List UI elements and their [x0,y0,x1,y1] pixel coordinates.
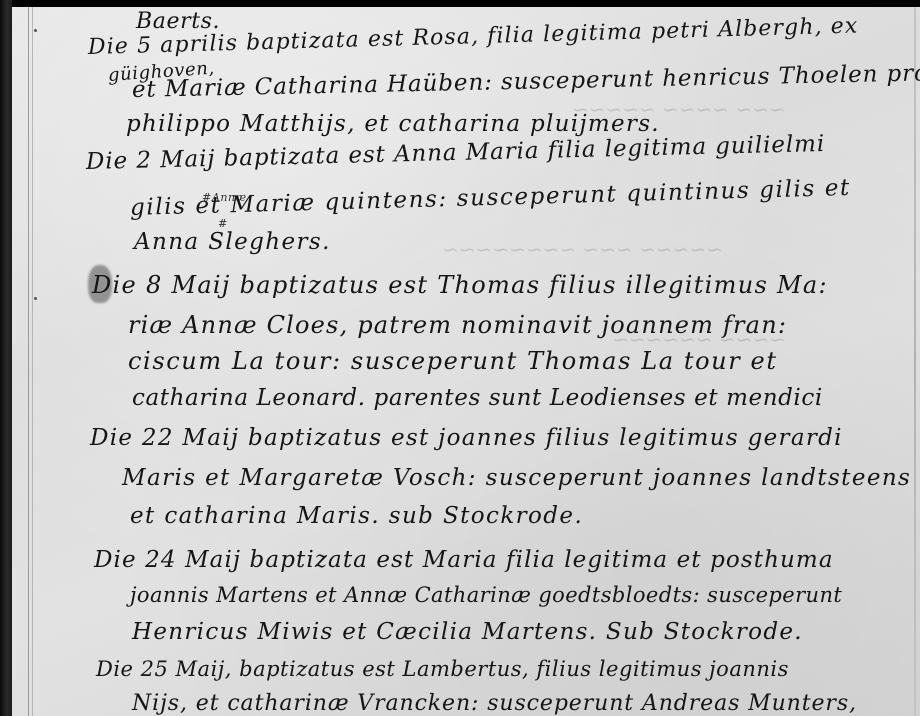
header-surname: Baerts. [136,9,220,34]
right-page-edge [914,7,916,716]
margin-dot [34,297,37,300]
margin-dot [34,29,37,32]
entry-3-line-1: Die 8 Maij baptizatus est Thomas filius … [92,271,828,299]
entry-2-line-3: Anna Sleghers. [134,229,331,255]
entry-1-line-2: et Mariæ Catharina Haüben: susceperunt h… [132,60,920,103]
entry-5-line-2: joannis Martens et Annæ Catharinæ goedts… [130,583,842,607]
entry-6-line-2: Nijs, et catharinæ Vrancken: susceperunt… [132,691,857,716]
scan-left-edge [0,0,12,716]
entry-5-line-1: Die 24 Maij baptizata est Maria filia le… [94,547,834,573]
entry-3-line-4: catharina Leonard. parentes sunt Leodien… [132,385,823,411]
entry-4-line-1: Die 22 Maij baptizatus est joannes filiu… [90,425,843,451]
left-margin-rule [28,7,33,716]
bleed-through-text: ~~~~~ ~~~ ~~~~~~~~ [442,237,723,261]
entry-4-line-3: et catharina Maris. sub Stockrode. [130,503,583,529]
entry-4-line-2: Maris et Margaretæ Vosch: susceperunt jo… [122,465,911,491]
entry-5-line-3: Henricus Miwis et Cæcilia Martens. Sub S… [132,619,803,645]
entry-2-line-1: Die 2 Maij baptizata est Anna Maria fili… [86,131,826,175]
scan-frame: ~~~ ~~~~ ~~~~~ ~~~~~ ~~~ ~~~~~~~~ ~~~~ ~… [0,0,920,716]
entry-2-line-2: gilis et Mariæ quintens: susceperunt qui… [130,175,852,221]
entry-3-line-2: riæ Annæ Cloes, patrem nominavit joannem… [128,311,787,339]
entry-1-line-3: philippo Matthijs, et catharina pluijmer… [126,111,660,137]
manuscript-page: ~~~ ~~~~ ~~~~~ ~~~~~ ~~~ ~~~~~~~~ ~~~~ ~… [12,7,920,716]
entry-3-line-3: ciscum La tour: susceperunt Thomas La to… [128,347,778,375]
entry-6-line-1: Die 25 Maij, baptizatus est Lambertus, f… [96,657,789,681]
